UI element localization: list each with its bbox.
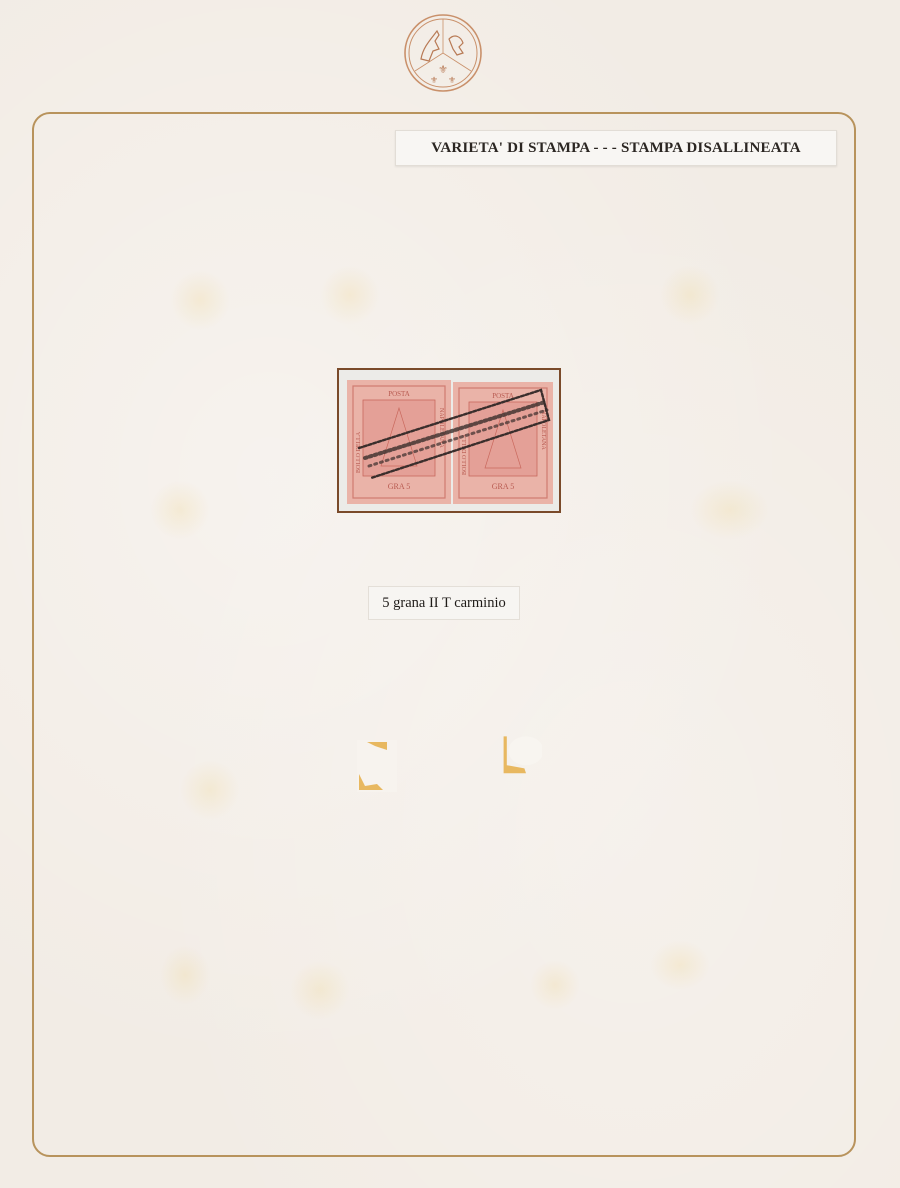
right-stamp-right-text: NAPOLETANA: [540, 410, 546, 451]
page-border-frame: [32, 112, 856, 1157]
hinge-remnant: [357, 740, 397, 792]
stamp-pair-image: POSTA GRA 5 BOLLO DELLA NAPOLETANA POSTA…: [345, 378, 555, 506]
left-stamp-bottom-text: GRA 5: [388, 482, 410, 491]
right-stamp-left-text: BOLLO DELLA: [462, 433, 468, 475]
stamp-caption-label: 5 grana II T carminio: [368, 586, 520, 620]
svg-text:⚜: ⚜: [448, 75, 456, 85]
page-title-label: VARIETA' DI STAMPA - - - STAMPA DISALLIN…: [395, 130, 837, 166]
svg-text:⚜: ⚜: [430, 75, 438, 85]
left-stamp: POSTA GRA 5 BOLLO DELLA NAPOLETANA: [347, 380, 451, 504]
right-stamp: POSTA GRA 5 BOLLO DELLA NAPOLETANA: [453, 382, 553, 504]
left-stamp-top-text: POSTA: [388, 390, 410, 398]
left-stamp-left-text: BOLLO DELLA: [356, 431, 362, 473]
hinge-remnant: [502, 728, 542, 780]
heraldic-emblem-icon: ⚜ ⚜ ⚜: [403, 13, 483, 93]
svg-text:⚜: ⚜: [438, 64, 448, 76]
right-stamp-bottom-text: GRA 5: [492, 482, 514, 491]
